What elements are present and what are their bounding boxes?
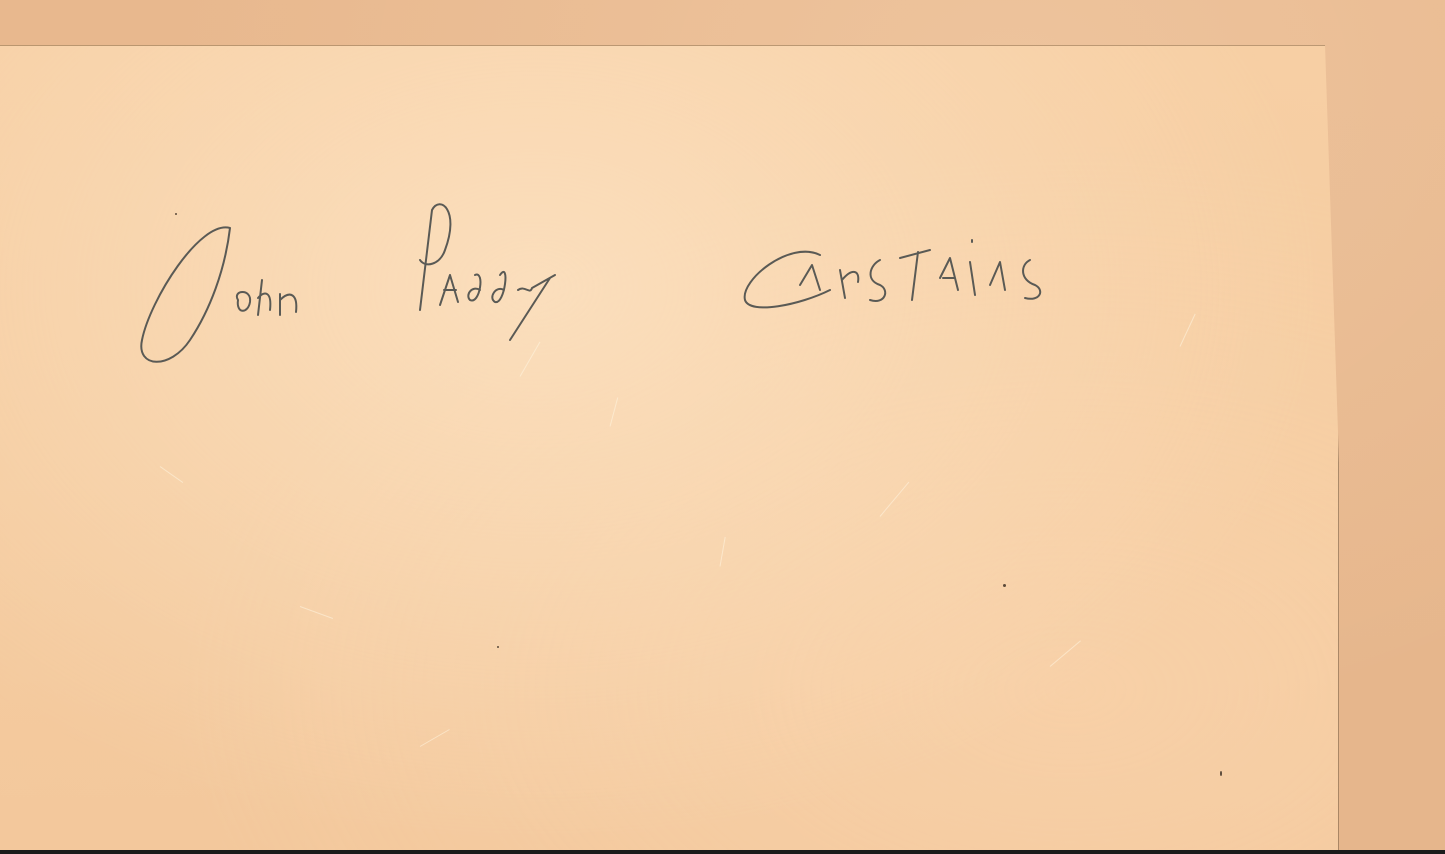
pencil-signature: John Paddy Carstairs bbox=[140, 190, 1200, 370]
signature-strokes bbox=[140, 190, 1200, 370]
frame-edge bbox=[0, 850, 1445, 854]
paper-sheet bbox=[0, 45, 1339, 851]
photo-scene: John Paddy Carstairs bbox=[0, 0, 1445, 854]
